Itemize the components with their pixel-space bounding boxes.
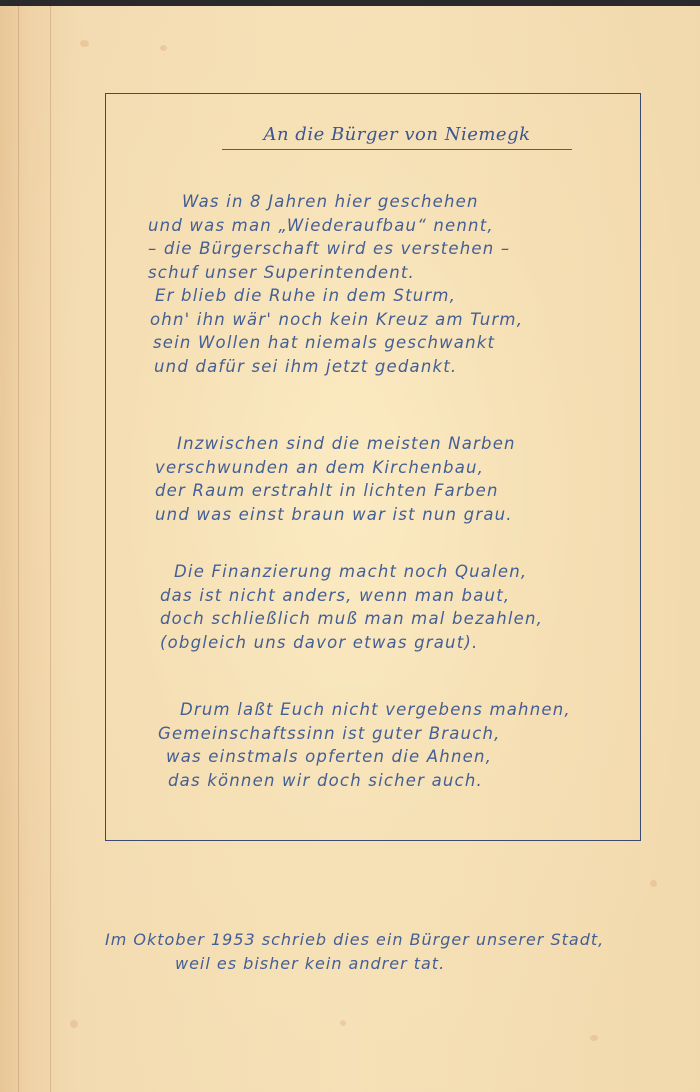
poem-line: sein Wollen hat niemals geschwankt [148,331,523,355]
poem-line: was einstmals opferten die Ahnen, [158,745,571,769]
poem-line: und was einst braun war ist nun grau. [155,503,516,527]
paper-stain [650,880,657,887]
poem-line: Inzwischen sind die meisten Narben [155,432,516,456]
footer-line: Im Oktober 1953 schrieb dies ein Bürger … [105,928,604,952]
poem-line: das können wir doch sicher auch. [158,769,571,793]
page-edge-line [50,6,51,1092]
poem-line: doch schließlich muß man mal bezahlen, [160,607,543,631]
poem-line: Er blieb die Ruhe in dem Sturm, [148,284,523,308]
scan-top-edge [0,0,700,6]
poem-line: der Raum erstrahlt in lichten Farben [155,479,516,503]
stanza-2: Inzwischen sind die meisten Narben versc… [155,432,516,526]
paper-stain [70,1020,78,1028]
poem-line: ohn' ihn wär' noch kein Kreuz am Turm, [148,308,523,332]
paper-stain [80,40,89,47]
poem-line: Drum laßt Euch nicht vergebens mahnen, [158,698,571,722]
poem-line: das ist nicht anders, wenn man baut, [160,584,543,608]
poem-line: (obgleich uns davor etwas graut). [160,631,543,655]
poem-title: An die Bürger von Niemegk [222,124,572,150]
stanza-1: Was in 8 Jahren hier geschehen und was m… [148,190,523,378]
poem-line: und was man „Wiederaufbau“ nennt, [148,214,523,238]
stanza-3: Die Finanzierung macht noch Qualen, das … [160,560,543,654]
footer-note: Im Oktober 1953 schrieb dies ein Bürger … [105,928,604,975]
poem-line: verschwunden an dem Kirchenbau, [155,456,516,480]
page-edge-line [18,6,19,1092]
paper-stain [340,1020,346,1026]
poem-line: schuf unser Superintendent. [148,261,523,285]
poem-line: Die Finanzierung macht noch Qualen, [160,560,543,584]
poem-line: und dafür sei ihm jetzt gedankt. [148,355,523,379]
paper-stain [590,1035,598,1041]
poem-line: Was in 8 Jahren hier geschehen [148,190,523,214]
poem-line: Gemeinschaftssinn ist guter Brauch, [158,722,571,746]
poem-line: – die Bürgerschaft wird es verstehen – [148,237,523,261]
footer-line: weil es bisher kein andrer tat. [105,952,604,976]
stanza-4: Drum laßt Euch nicht vergebens mahnen, G… [158,698,571,792]
paper-stain [160,45,167,51]
